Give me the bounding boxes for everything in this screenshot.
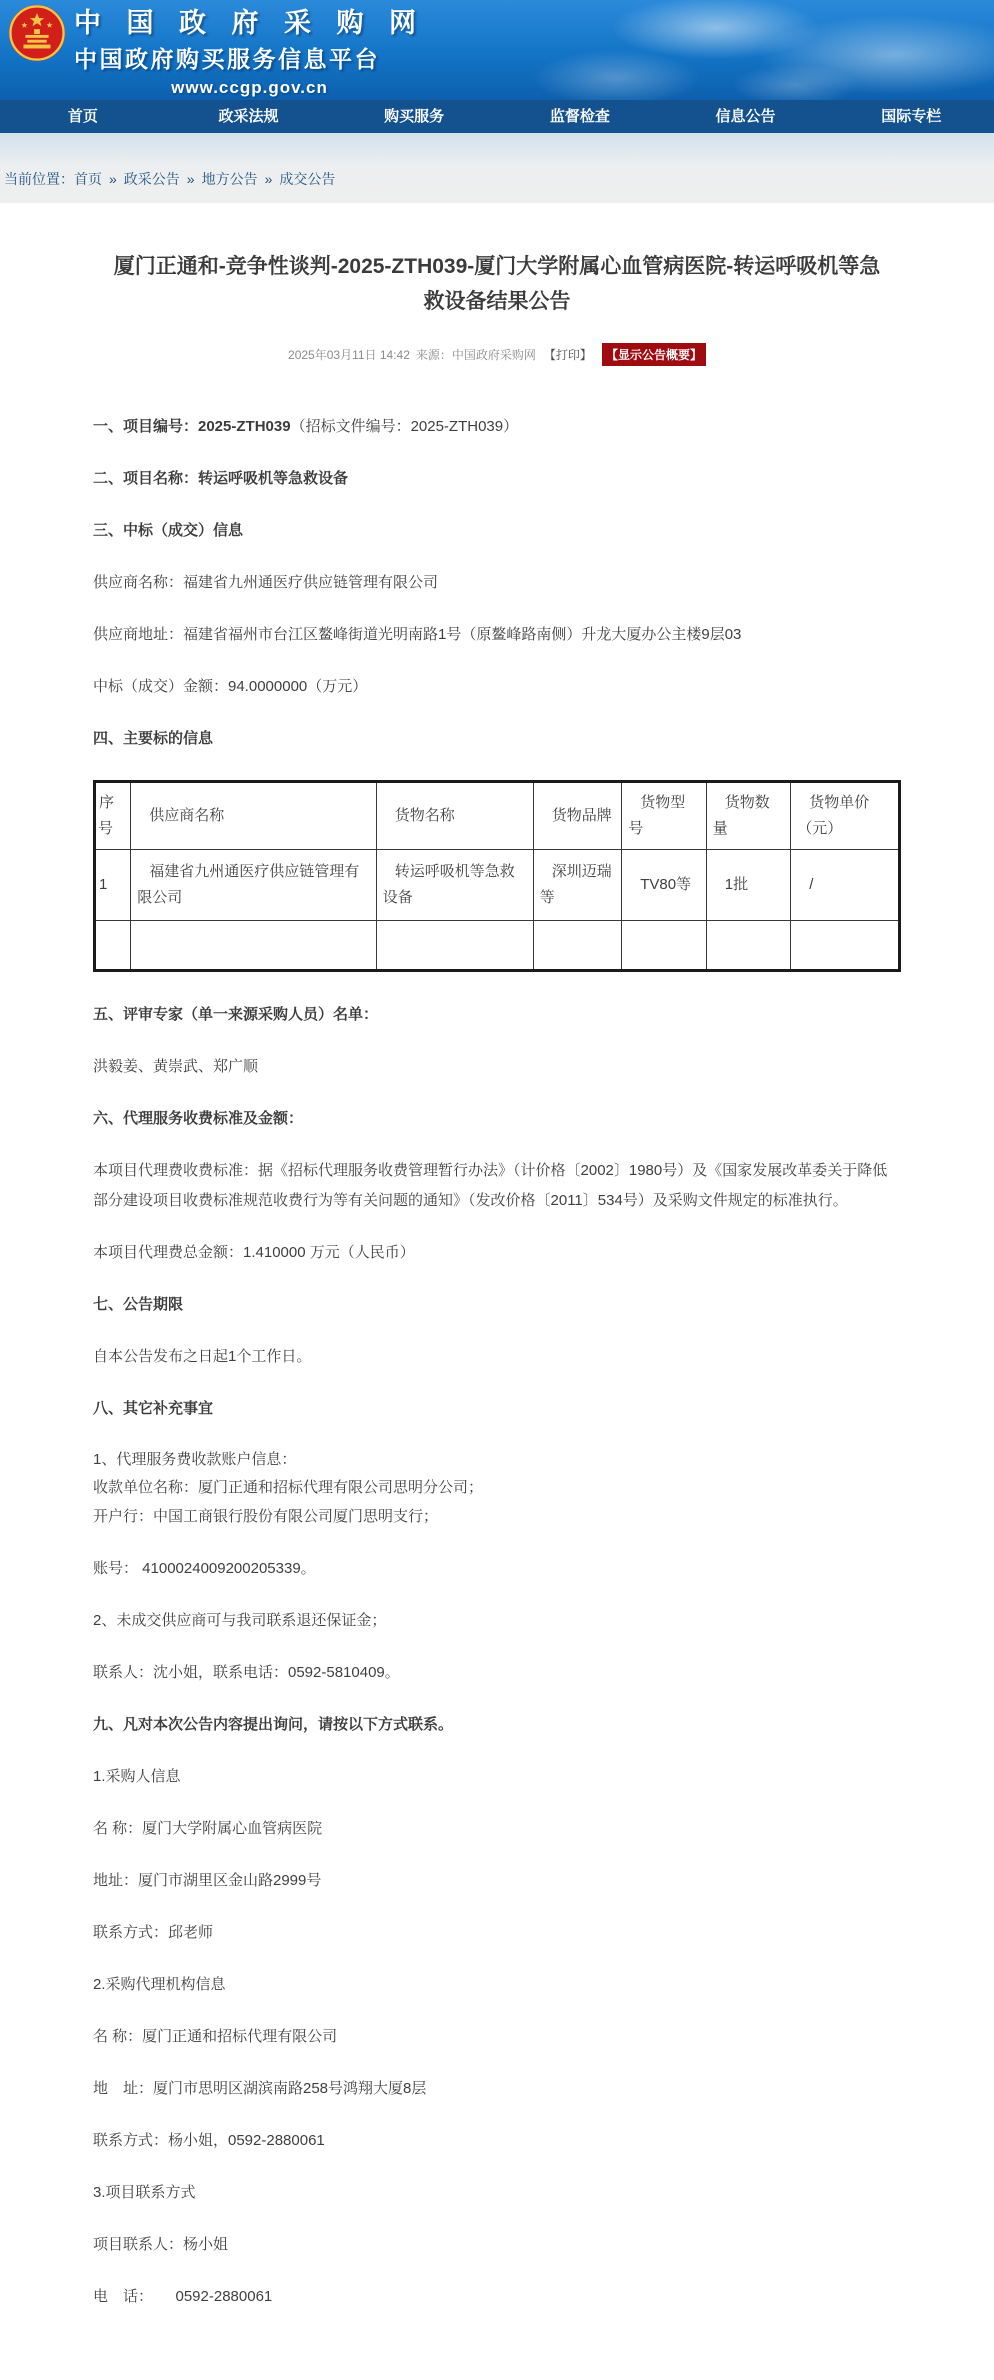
table-row: 1福建省九州通医疗供应链管理有限公司转运呼吸机等急救设备深圳迈瑞等TV80等1批… [95, 850, 900, 921]
section-heading: 九、凡对本次公告内容提出询问，请按以下方式联系。 [93, 1710, 901, 1740]
section-heading: 五、评审专家（单一来源采购人员）名单： [93, 1000, 901, 1030]
paragraph: 名 称：厦门正通和招标代理有限公司 [93, 2022, 901, 2052]
article: 厦门正通和-竞争性谈判-2025-ZTH039-厦门大学附属心血管病医院-转运呼… [0, 249, 994, 2354]
table-cell: 深圳迈瑞等 [533, 850, 622, 921]
paragraph-text: 1.采购人信息 [93, 1768, 181, 1785]
summary-badge-button[interactable]: 【显示公告概要】 [602, 343, 706, 366]
main-nav: 首页政采法规购买服务监督检查信息公告国际专栏 [0, 100, 994, 133]
breadcrumb-separator: » [187, 171, 195, 187]
article-body: 一、项目编号：2025-ZTH039（招标文件编号：2025-ZTH039）二、… [93, 412, 901, 2312]
paragraph: 2.采购代理机构信息 [93, 1970, 901, 2000]
paragraph-text: 联系方式：邱老师 [93, 1924, 213, 1941]
goods-table: 序号供应商名称货物名称货物品牌货物型号货物数量货物单价（元）1福建省九州通医疗供… [93, 780, 901, 972]
meta-datetime: 2025年03月11日 14:42 [288, 348, 410, 362]
print-button[interactable]: 【打印】 [544, 348, 592, 362]
paragraph-text: 洪毅姜、黄崇武、郑广顺 [93, 1058, 258, 1075]
heading-text: 六、代理服务收费标准及金额： [93, 1110, 303, 1127]
paragraph: 收款单位名称：厦门正通和招标代理有限公司思明分公司； [93, 1474, 901, 1502]
announcement-title: 厦门正通和-竞争性谈判-2025-ZTH039-厦门大学附属心血管病医院-转运呼… [111, 249, 883, 319]
paragraph: 供应商名称：福建省九州通医疗供应链管理有限公司 [93, 568, 901, 598]
table-cell [791, 921, 900, 971]
table-cell [95, 921, 131, 971]
heading-text: 二、项目名称：转运呼吸机等急救设备 [93, 470, 348, 487]
paragraph-text: 账号： 4100024009200205339。 [93, 1560, 316, 1577]
table-header-cell: 货物数量 [706, 782, 791, 850]
table-header-cell: 货物单价（元） [791, 782, 900, 850]
table-cell: 1批 [706, 850, 791, 921]
site-logo: 中 国 政 府 采 购 网 中国政府购买服务信息平台 www.ccgp.gov.… [74, 1, 425, 98]
paragraph: 自本公告发布之日起1个工作日。 [93, 1342, 901, 1372]
table-header-cell: 序号 [95, 782, 131, 850]
nav-item-2[interactable]: 政采法规 [166, 100, 332, 133]
paragraph: 供应商地址：福建省福州市台江区鳌峰街道光明南路1号（原鳌峰路南侧）升龙大厦办公主… [93, 620, 901, 650]
paragraph: 1.采购人信息 [93, 1762, 901, 1792]
breadcrumb: 当前位置：首页»政采公告»地方公告»成交公告 [0, 133, 994, 189]
paragraph-text: 本项目代理费总金额：1.410000 万元（人民币） [93, 1244, 415, 1261]
paragraph: 项目联系人：杨小姐 [93, 2230, 901, 2260]
nav-item-5[interactable]: 信息公告 [663, 100, 829, 133]
table-cell [706, 921, 791, 971]
paragraph-text: 收款单位名称：厦门正通和招标代理有限公司思明分公司； [93, 1479, 483, 1496]
paragraph: 名 称：厦门大学附属心血管病医院 [93, 1814, 901, 1844]
site-url: www.ccgp.gov.cn [74, 78, 425, 98]
paragraph: 联系方式：杨小姐，0592-2880061 [93, 2126, 901, 2156]
breadcrumb-item-1[interactable]: 首页 [74, 171, 102, 187]
paragraph: 地 址：厦门市思明区湖滨南路258号鸿翔大厦8层 [93, 2074, 901, 2104]
heading-text: 五、评审专家（单一来源采购人员）名单： [93, 1006, 378, 1023]
paragraph: 本项目代理费收费标准：据《招标代理服务收费管理暂行办法》（计价格〔2002〕19… [93, 1156, 901, 1216]
paragraph: 开户行：中国工商银行股份有限公司厦门思明支行； [93, 1502, 901, 1532]
paragraph-text: 联系人：沈小姐，联系电话：0592-5810409。 [93, 1664, 400, 1681]
heading-text: 七、公告期限 [93, 1296, 183, 1313]
table-header-cell: 供应商名称 [131, 782, 377, 850]
table-cell: TV80等 [622, 850, 707, 921]
paragraph-text: 本项目代理费收费标准：据《招标代理服务收费管理暂行办法》（计价格〔2002〕19… [93, 1162, 887, 1209]
nav-item-1[interactable]: 首页 [0, 100, 166, 133]
table-cell: 福建省九州通医疗供应链管理有限公司 [131, 850, 377, 921]
table-header-cell: 货物型号 [622, 782, 707, 850]
paragraph-text: 地 址：厦门市思明区湖滨南路258号鸿翔大厦8层 [93, 2080, 426, 2097]
paragraph: 3.项目联系方式 [93, 2178, 901, 2208]
paragraph: 本项目代理费总金额：1.410000 万元（人民币） [93, 1238, 901, 1268]
paragraph: 账号： 4100024009200205339。 [93, 1554, 901, 1584]
table-cell [376, 921, 533, 971]
page: 中 国 政 府 采 购 网 中国政府购买服务信息平台 www.ccgp.gov.… [0, 0, 994, 2380]
paragraph: 中标（成交）金额：94.0000000（万元） [93, 672, 901, 702]
breadcrumb-strip: 当前位置：首页»政采公告»地方公告»成交公告 [0, 133, 994, 203]
paragraph-text: 名 称：厦门正通和招标代理有限公司 [93, 2028, 337, 2045]
table-cell [131, 921, 377, 971]
section-heading: 四、主要标的信息 [93, 724, 901, 754]
heading-text: 八、其它补充事宜 [93, 1400, 213, 1417]
section-heading: 三、中标（成交）信息 [93, 516, 901, 546]
paragraph: 1、代理服务费收款账户信息： [93, 1446, 901, 1474]
table-header-row: 序号供应商名称货物名称货物品牌货物型号货物数量货物单价（元） [95, 782, 900, 850]
national-emblem-icon [8, 4, 66, 62]
table-cell: / [791, 850, 900, 921]
section-heading: 七、公告期限 [93, 1290, 901, 1320]
paragraph-text: 自本公告发布之日起1个工作日。 [93, 1348, 311, 1365]
nav-item-3[interactable]: 购买服务 [331, 100, 497, 133]
table-header-cell: 货物名称 [376, 782, 533, 850]
paragraph-text: 中标（成交）金额：94.0000000（万元） [93, 678, 367, 695]
meta-source: 来源：中国政府采购网 [416, 348, 536, 362]
breadcrumb-items: 首页»政采公告»地方公告»成交公告 [74, 171, 335, 187]
breadcrumb-item-2[interactable]: 政采公告 [124, 171, 180, 187]
section-heading: 六、代理服务收费标准及金额： [93, 1104, 901, 1134]
breadcrumb-separator: » [265, 171, 273, 187]
paragraph-text: 1、代理服务费收款账户信息： [93, 1451, 296, 1468]
heading-text: 三、中标（成交）信息 [93, 522, 243, 539]
section-heading: 二、项目名称：转运呼吸机等急救设备 [93, 464, 901, 494]
paragraph-text: （招标文件编号：2025-ZTH039） [291, 418, 519, 435]
table-cell: 1 [95, 850, 131, 921]
table-cell: 转运呼吸机等急救设备 [376, 850, 533, 921]
article-meta: 2025年03月11日 14:42来源：中国政府采购网【打印】【显示公告概要】 [93, 343, 901, 366]
paragraph-text: 供应商名称：福建省九州通医疗供应链管理有限公司 [93, 574, 438, 591]
breadcrumb-item-4[interactable]: 成交公告 [279, 171, 335, 187]
site-header: 中 国 政 府 采 购 网 中国政府购买服务信息平台 www.ccgp.gov.… [0, 0, 994, 100]
paragraph-text: 地址：厦门市湖里区金山路2999号 [93, 1872, 321, 1889]
paragraph-text: 3.项目联系方式 [93, 2184, 196, 2201]
breadcrumb-separator: » [109, 171, 117, 187]
site-subtitle: 中国政府购买服务信息平台 [74, 41, 425, 74]
paragraph-text: 联系方式：杨小姐，0592-2880061 [93, 2132, 325, 2149]
nav-item-6[interactable]: 国际专栏 [828, 100, 994, 133]
paragraph: 洪毅姜、黄崇武、郑广顺 [93, 1052, 901, 1082]
paragraph-text: 2、未成交供应商可与我司联系退还保证金； [93, 1612, 386, 1629]
table-cell [622, 921, 707, 971]
paragraph-text: 开户行：中国工商银行股份有限公司厦门思明支行； [93, 1508, 438, 1525]
paragraph-text: 名 称：厦门大学附属心血管病医院 [93, 1820, 322, 1837]
breadcrumb-prefix: 当前位置： [4, 171, 74, 187]
paragraph: 联系方式：邱老师 [93, 1918, 901, 1948]
section-heading: 八、其它补充事宜 [93, 1394, 901, 1424]
paragraph-text: 电 话： 0592-2880061 [93, 2288, 272, 2305]
heading-text: 一、项目编号：2025-ZTH039 [93, 418, 291, 435]
paragraph: 2、未成交供应商可与我司联系退还保证金； [93, 1606, 901, 1636]
paragraph: 联系人：沈小姐，联系电话：0592-5810409。 [93, 1658, 901, 1688]
paragraph-text: 2.采购代理机构信息 [93, 1976, 226, 1993]
breadcrumb-item-3[interactable]: 地方公告 [202, 171, 258, 187]
heading-text: 九、凡对本次公告内容提出询问，请按以下方式联系。 [93, 1716, 453, 1733]
table-row [95, 921, 900, 971]
table-cell [533, 921, 622, 971]
site-title: 中 国 政 府 采 购 网 [74, 1, 425, 40]
paragraph-text: 项目联系人：杨小姐 [93, 2236, 228, 2253]
table-header-cell: 货物品牌 [533, 782, 622, 850]
paragraph: 电 话： 0592-2880061 [93, 2282, 901, 2312]
nav-item-4[interactable]: 监督检查 [497, 100, 663, 133]
heading-text: 四、主要标的信息 [93, 730, 213, 747]
section-heading: 一、项目编号：2025-ZTH039（招标文件编号：2025-ZTH039） [93, 412, 901, 442]
paragraph-text: 供应商地址：福建省福州市台江区鳌峰街道光明南路1号（原鳌峰路南侧）升龙大厦办公主… [93, 626, 741, 643]
paragraph: 地址：厦门市湖里区金山路2999号 [93, 1866, 901, 1896]
